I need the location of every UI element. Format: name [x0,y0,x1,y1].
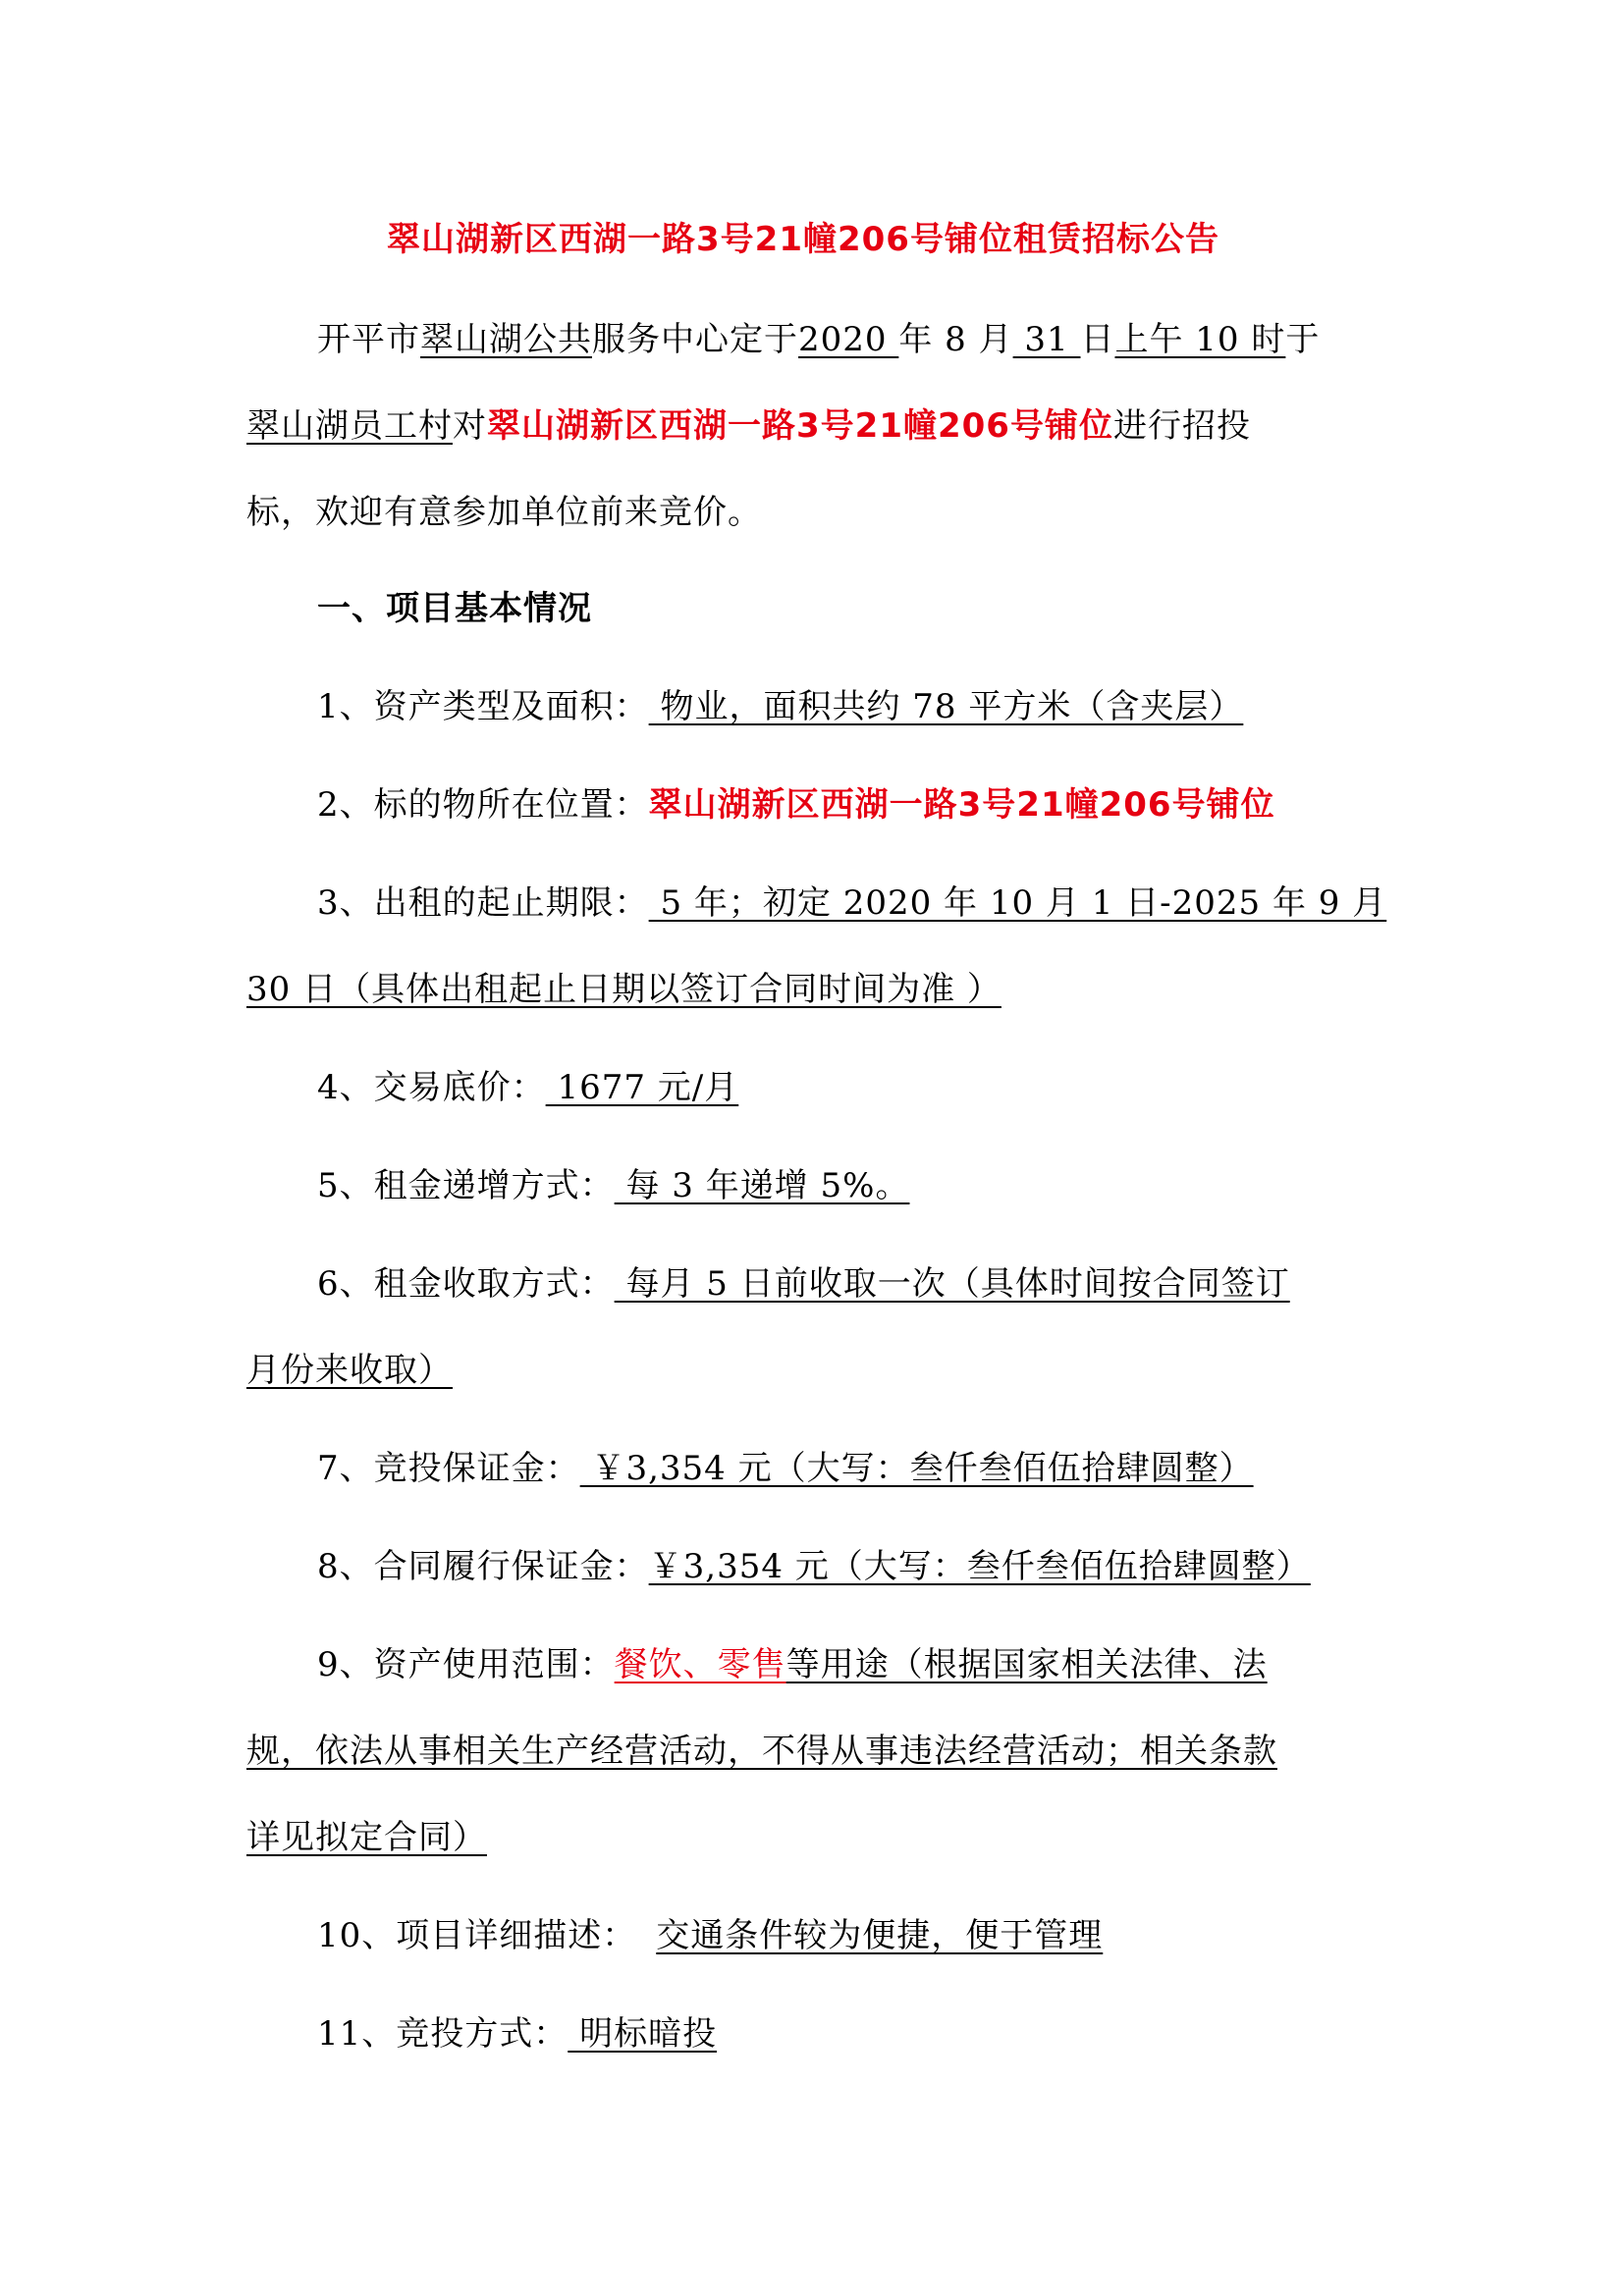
item-label: 8、合同履行保证金： [317,1547,649,1586]
item-label: 11、竞投方式： [317,2014,568,2054]
item-value: 规，依法从事相关生产经营活动，不得从事违法经营活动；相关条款 [246,1732,1277,1771]
bid-day: 31 [1013,320,1081,359]
item-label: 2、标的物所在位置： [317,785,649,825]
intro-text: 年 8 月 [898,320,1012,359]
item-location: 2、标的物所在位置：翠山湖新区西湖一路3号21幢206号铺位 [246,781,1431,828]
intro-text: 日 [1080,320,1114,359]
item-usage-scope-cont2: 详见拟定合同） [246,1814,1360,1861]
bid-place: 翠山湖员工村 [246,406,453,446]
item-bid-deposit: 7、竞投保证金： ￥3,354 元（大写：叁仟叁佰伍拾肆圆整） [246,1445,1431,1492]
item-value: 明标暗投 [568,2014,717,2054]
target-property: 翠山湖新区西湖一路3号21幢206号铺位 [487,406,1113,446]
item-value: 等用途（根据国家相关法律、法 [786,1645,1268,1684]
item-bid-method: 11、竞投方式： 明标暗投 [246,2010,1431,2057]
item-label: 7、竞投保证金： [317,1449,580,1488]
item-performance-deposit: 8、合同履行保证金：￥3,354 元（大写：叁仟叁佰伍拾肆圆整） [246,1543,1431,1590]
item-rent-collection-cont: 月份来收取） [246,1347,1360,1394]
bid-year: 2020 [798,320,898,359]
item-usage-scope-cont: 规，依法从事相关生产经营活动，不得从事违法经营活动；相关条款 [246,1728,1360,1775]
intro-text: 对 [453,406,487,446]
item-value: 翠山湖新区西湖一路3号21幢206号铺位 [649,785,1275,825]
item-value: 5 年；初定 2020 年 10 月 1 日-2025 年 9 月 [649,883,1387,923]
item-value: 1677 元/月 [546,1068,739,1107]
organizer-name: 翠山湖公共 [420,320,592,359]
item-label: 5、租金递增方式： [317,1166,615,1205]
item-value: ￥3,354 元（大写：叁仟叁佰伍拾肆圆整） [649,1547,1311,1586]
intro-text: 于 [1285,320,1320,359]
item-asset-type: 1、资产类型及面积： 物业，面积共约 78 平方米（含夹层） [246,683,1431,730]
item-value: ￥3,354 元（大写：叁仟叁佰伍拾肆圆整） [580,1449,1254,1488]
item-description: 10、项目详细描述：交通条件较为便捷，便于管理 [246,1912,1431,1959]
intro-line-2: 翠山湖员工村对翠山湖新区西湖一路3号21幢206号铺位进行招投 [246,402,1360,450]
intro-text: 服务中心定于 [592,320,798,359]
item-label: 6、租金收取方式： [317,1264,615,1304]
item-value: 月份来收取） [246,1351,453,1390]
item-label: 10、项目详细描述： [317,1916,636,1955]
item-label: 3、出租的起止期限： [317,883,649,923]
intro-line-3: 标，欢迎有意参加单位前来竞价。 [246,489,1360,536]
item-value: 交通条件较为便捷，便于管理 [656,1916,1103,1955]
section-heading: 一、项目基本情况 [246,585,1431,632]
item-label: 4、交易底价： [317,1068,546,1107]
intro-text: 进行招投 [1113,406,1251,446]
item-base-price: 4、交易底价： 1677 元/月 [246,1064,1431,1111]
item-label: 9、资产使用范围： [317,1645,615,1684]
item-lease-term: 3、出租的起止期限： 5 年；初定 2020 年 10 月 1 日-2025 年… [246,880,1431,927]
item-rent-increase: 5、租金递增方式： 每 3 年递增 5%。 [246,1162,1431,1209]
item-value: 每 3 年递增 5%。 [615,1166,910,1205]
intro-line-1: 开平市翠山湖公共服务中心定于2020 年 8 月 31 日上午 10 时于 [246,316,1431,363]
item-value: 每月 5 日前收取一次（具体时间按合同签订 [615,1264,1290,1304]
item-usage-scope: 9、资产使用范围：餐饮、零售等用途（根据国家相关法律、法 [246,1641,1431,1688]
document-title: 翠山湖新区西湖一路3号21幢206号铺位租赁招标公告 [246,216,1360,263]
item-lease-term-cont: 30 日（具体出租起止日期以签订合同时间为准 ） [246,966,1360,1013]
intro-text: 开平市 [317,320,420,359]
item-label: 1、资产类型及面积： [317,687,649,726]
item-rent-collection: 6、租金收取方式： 每月 5 日前收取一次（具体时间按合同签订 [246,1260,1431,1308]
item-value: 详见拟定合同） [246,1818,487,1857]
item-value: 物业，面积共约 78 平方米（含夹层） [649,687,1244,726]
bid-time: 上午 10 时 [1114,320,1285,359]
item-value: 30 日（具体出租起止日期以签订合同时间为准 ） [246,970,1001,1009]
item-value-highlight: 餐饮、零售 [615,1645,786,1684]
